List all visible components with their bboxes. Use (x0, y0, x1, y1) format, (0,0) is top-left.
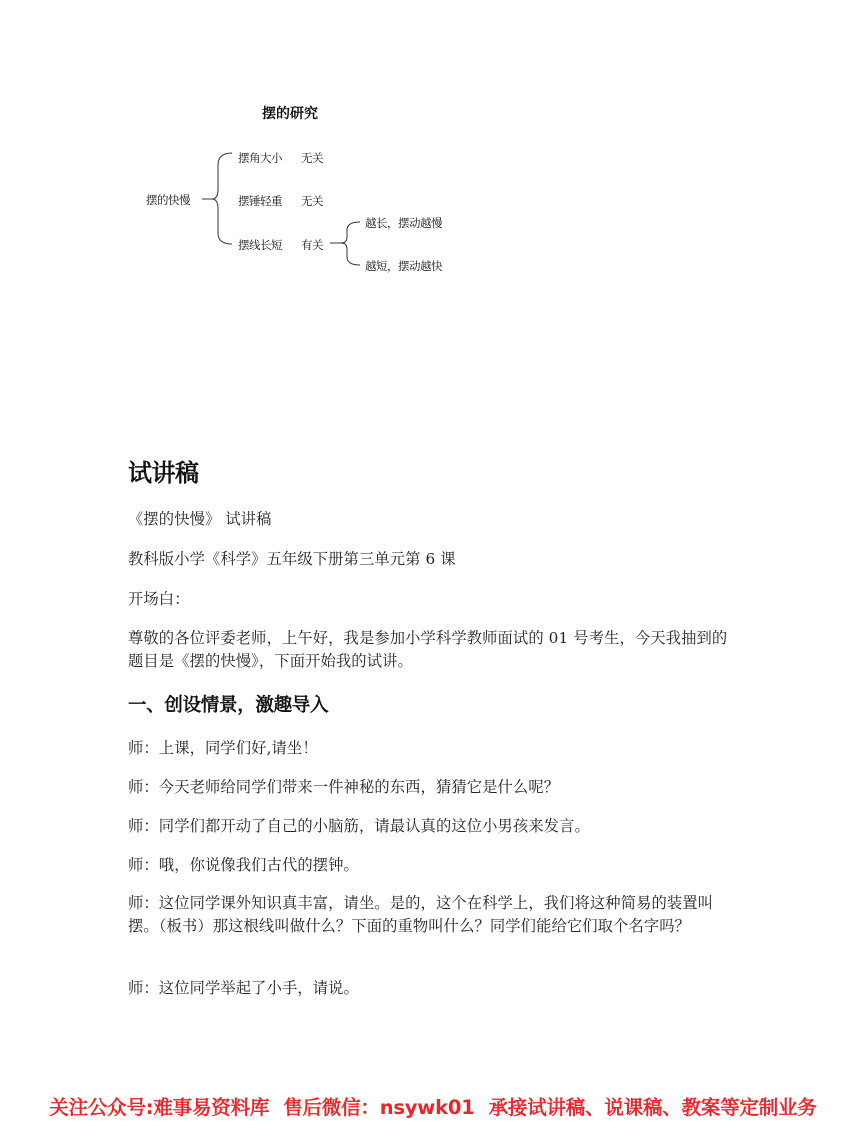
diagram-root: 摆的快慢 (146, 192, 190, 208)
dialogue-line: 师：这位同学课外知识真丰富，请坐。是的，这个在科学上，我们将这种简易的装置叫摆。… (128, 892, 740, 938)
footer-watermark: 关注公众号:难事易资料库售后微信：nsywk01承接试讲稿、说课稿、教案等定制业… (0, 1092, 866, 1120)
diagram-title: 摆的研究 (262, 103, 318, 123)
factor-swing-angle-relation: 无关 (301, 150, 323, 166)
factor-string-length-relation: 有关 (301, 237, 323, 253)
result-shorter-faster: 越短，摆动越快 (365, 258, 442, 274)
opening-text: 尊敬的各位评委老师，上午好，我是参加小学科学教师面试的 01 号考生，今天我抽到… (128, 627, 740, 673)
factor-bob-weight-relation: 无关 (301, 193, 323, 209)
footer-official-account: 关注公众号:难事易资料库 (49, 1092, 269, 1120)
dialogue-line: 师：这位同学举起了小手，请说。 (128, 977, 359, 1000)
dialogue-line: 师：今天老师给同学们带来一件神秘的东西，猜猜它是什么呢？ (128, 776, 559, 799)
factor-bob-weight: 摆锤轻重 (238, 193, 282, 209)
document-subtitle: 《摆的快慢》 试讲稿 (128, 508, 272, 531)
dialogue-line: 师：哦，你说像我们古代的摆钟。 (128, 854, 359, 877)
footer-services: 承接试讲稿、说课稿、教案等定制业务 (489, 1092, 817, 1120)
factor-swing-angle: 摆角大小 (238, 150, 282, 166)
section-heading-1: 一、创设情景，激趣导入 (128, 691, 328, 717)
footer-wechat: 售后微信：nsywk01 (283, 1092, 474, 1120)
diagram-brackets (0, 0, 866, 300)
factor-string-length: 摆线长短 (238, 237, 282, 253)
dialogue-line: 师：上课，同学们好,请坐！ (128, 737, 318, 760)
course-info: 教科版小学《科学》五年级下册第三单元第 6 课 (128, 548, 456, 571)
opening-label: 开场白： (128, 588, 190, 611)
result-longer-slower: 越长，摆动越慢 (365, 215, 442, 231)
document-title: 试讲稿 (128, 453, 199, 488)
dialogue-line: 师：同学们都开动了自己的小脑筋，请最认真的这位小男孩来发言。 (128, 815, 590, 838)
